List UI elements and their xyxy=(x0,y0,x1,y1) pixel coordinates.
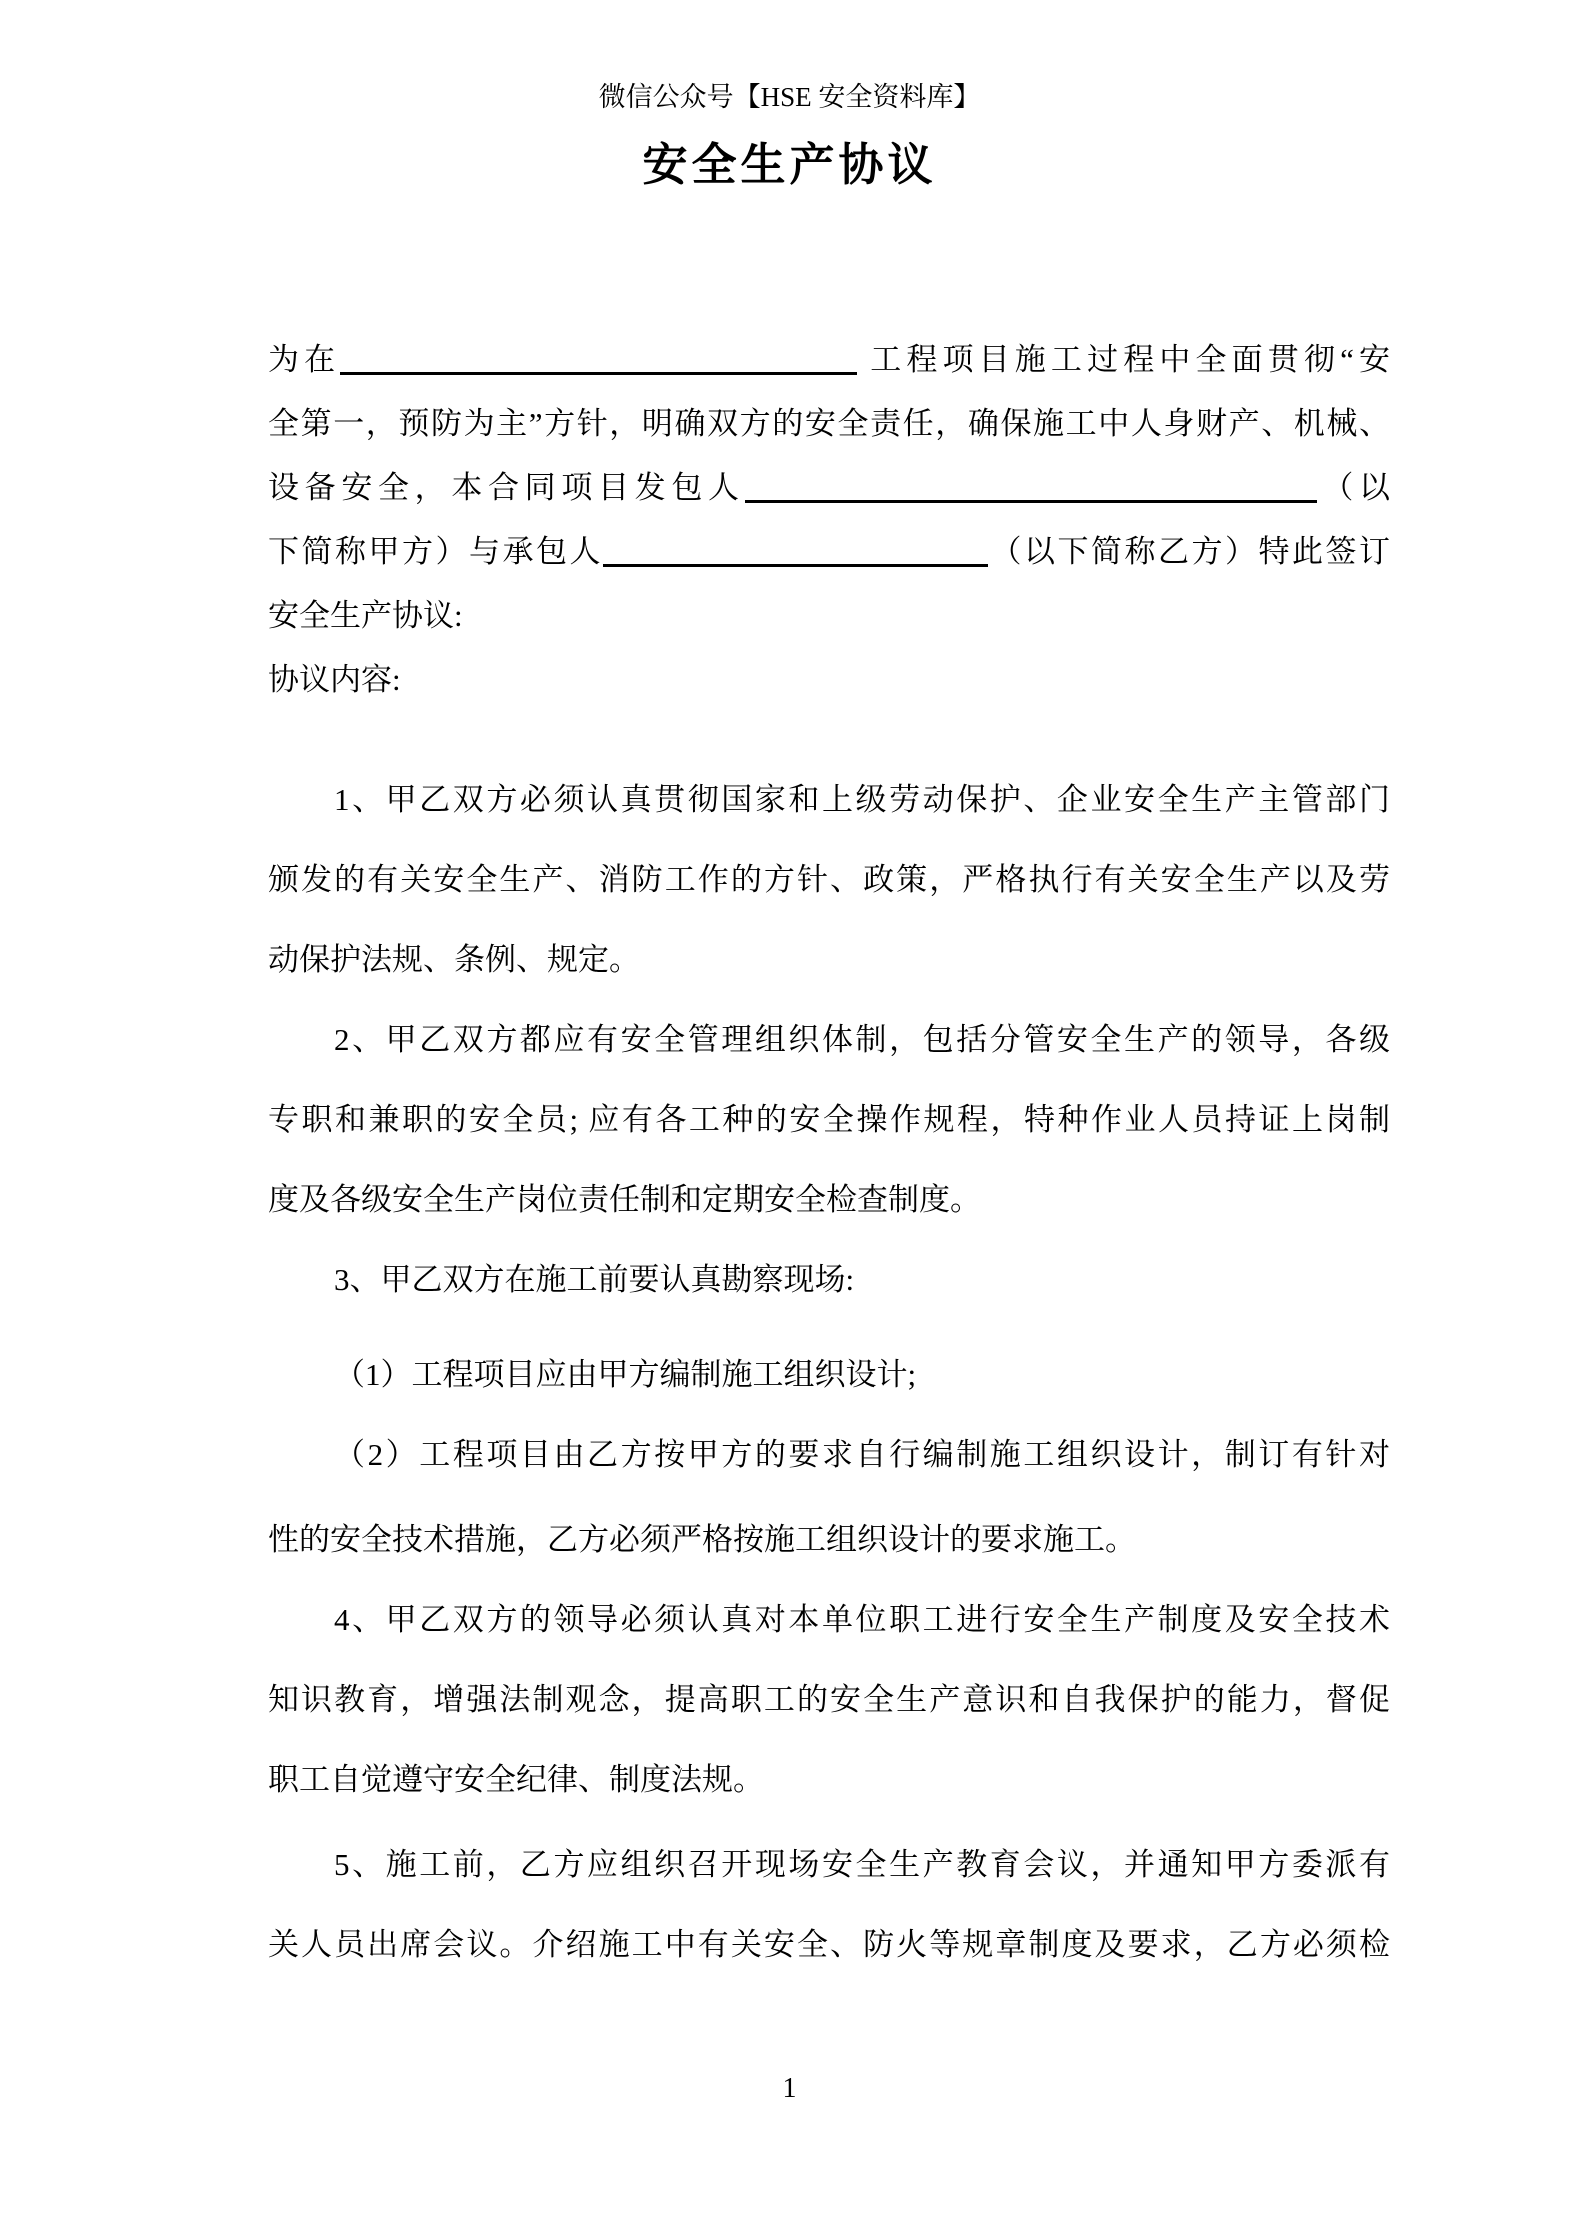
text-segment: 工程项目施工过程中全面贯彻“安 xyxy=(857,342,1390,377)
text-segment: 协议内容: xyxy=(268,662,401,697)
text-segment: 度及各级安全生产岗位责任制和定期安全检查制度。 xyxy=(268,1182,981,1217)
text-line: 度及各级安全生产岗位责任制和定期安全检查制度。 xyxy=(268,1160,1390,1240)
clauses-section: 1、甲乙双方必须认真贯彻国家和上级劳动保护、企业安全生产主管部门颁发的有关安全生… xyxy=(268,760,1390,1985)
text-line: 性的安全技术措施，乙方必须严格按施工组织设计的要求施工。 xyxy=(268,1500,1390,1580)
text-line: 2、甲乙双方都应有安全管理组织体制，包括分管安全生产的领导，各级 xyxy=(268,1000,1390,1080)
text-segment: 颁发的有关安全生产、消防工作的方针、政策，严格执行有关安全生产以及劳 xyxy=(268,862,1390,897)
document-title: 安全生产协议 xyxy=(0,138,1579,192)
text-segment: 安全生产协议: xyxy=(268,598,463,633)
blank-underline xyxy=(745,470,1317,503)
text-line: 关人员出席会议。介绍施工中有关安全、防火等规章制度及要求，乙方必须检 xyxy=(268,1905,1390,1985)
text-line: 3、甲乙双方在施工前要认真勘察现场: xyxy=(268,1240,1390,1320)
text-line: 1、甲乙双方必须认真贯彻国家和上级劳动保护、企业安全生产主管部门 xyxy=(268,760,1390,840)
text-line: 动保护法规、条例、规定。 xyxy=(268,920,1390,1000)
text-line: 5、施工前，乙方应组织召开现场安全生产教育会议，并通知甲方委派有 xyxy=(268,1825,1390,1905)
text-segment: 为在 xyxy=(268,342,340,377)
text-segment: 动保护法规、条例、规定。 xyxy=(268,942,640,977)
text-segment: 性的安全技术措施，乙方必须严格按施工组织设计的要求施工。 xyxy=(268,1522,1136,1557)
text-segment: （以 xyxy=(1317,470,1390,505)
text-line: 全第一，预防为主”方针，明确双方的安全责任，确保施工中人身财产、机械、 xyxy=(268,392,1390,456)
text-line: 专职和兼职的安全员; 应有各工种的安全操作规程，特种作业人员持证上岗制 xyxy=(268,1080,1390,1160)
text-segment: （1）工程项目应由甲方编制施工组织设计; xyxy=(334,1357,916,1392)
document-body: 为在 工程项目施工过程中全面贯彻“安全第一，预防为主”方针，明确双方的安全责任，… xyxy=(268,328,1390,1985)
text-line: 下简称甲方）与承包人（以下简称乙方）特此签订 xyxy=(268,520,1390,584)
text-line: 职工自觉遵守安全纪律、制度法规。 xyxy=(268,1740,1390,1820)
text-line: 为在 工程项目施工过程中全面贯彻“安 xyxy=(268,328,1390,392)
text-segment: 1、甲乙双方必须认真贯彻国家和上级劳动保护、企业安全生产主管部门 xyxy=(334,782,1390,817)
text-segment: 4、甲乙双方的领导必须认真对本单位职工进行安全生产制度及安全技术 xyxy=(334,1602,1390,1637)
text-segment: （以下简称乙方）特此签订 xyxy=(988,534,1390,569)
text-segment: 设备安全，本合同项目发包人 xyxy=(268,470,745,505)
intro-section: 为在 工程项目施工过程中全面贯彻“安全第一，预防为主”方针，明确双方的安全责任，… xyxy=(268,328,1390,712)
text-segment: 关人员出席会议。介绍施工中有关安全、防火等规章制度及要求，乙方必须检 xyxy=(268,1927,1390,1962)
text-line: 协议内容: xyxy=(268,648,1390,712)
text-line: 设备安全，本合同项目发包人（以 xyxy=(268,456,1390,520)
blank-underline xyxy=(603,534,988,567)
text-segment: 5、施工前，乙方应组织召开现场安全生产教育会议，并通知甲方委派有 xyxy=(334,1847,1390,1882)
text-segment: 知识教育，增强法制观念，提高职工的安全生产意识和自我保护的能力，督促 xyxy=(268,1682,1390,1717)
text-segment: （2）工程项目由乙方按甲方的要求自行编制施工组织设计，制订有针对 xyxy=(334,1437,1390,1472)
text-segment: 下简称甲方）与承包人 xyxy=(268,534,603,569)
text-segment: 专职和兼职的安全员; 应有各工种的安全操作规程，特种作业人员持证上岗制 xyxy=(268,1102,1390,1137)
text-line: （2）工程项目由乙方按甲方的要求自行编制施工组织设计，制订有针对 xyxy=(268,1415,1390,1495)
text-line: 安全生产协议: xyxy=(268,584,1390,648)
document-page: 微信公众号【HSE 安全资料库】 安全生产协议 为在 工程项目施工过程中全面贯彻… xyxy=(0,0,1579,2237)
text-segment: 全第一，预防为主”方针，明确双方的安全责任，确保施工中人身财产、机械、 xyxy=(268,406,1390,441)
text-segment: 2、甲乙双方都应有安全管理组织体制，包括分管安全生产的领导，各级 xyxy=(334,1022,1390,1057)
text-line: 颁发的有关安全生产、消防工作的方针、政策，严格执行有关安全生产以及劳 xyxy=(268,840,1390,920)
text-line: （1）工程项目应由甲方编制施工组织设计; xyxy=(268,1335,1390,1415)
text-segment: 职工自觉遵守安全纪律、制度法规。 xyxy=(268,1762,764,1797)
page-number: 1 xyxy=(0,2072,1579,2106)
watermark-header: 微信公众号【HSE 安全资料库】 xyxy=(0,80,1579,114)
text-segment: 3、甲乙双方在施工前要认真勘察现场: xyxy=(334,1262,854,1297)
text-line: 4、甲乙双方的领导必须认真对本单位职工进行安全生产制度及安全技术 xyxy=(268,1580,1390,1660)
blank-underline xyxy=(340,342,857,375)
text-line: 知识教育，增强法制观念，提高职工的安全生产意识和自我保护的能力，督促 xyxy=(268,1660,1390,1740)
